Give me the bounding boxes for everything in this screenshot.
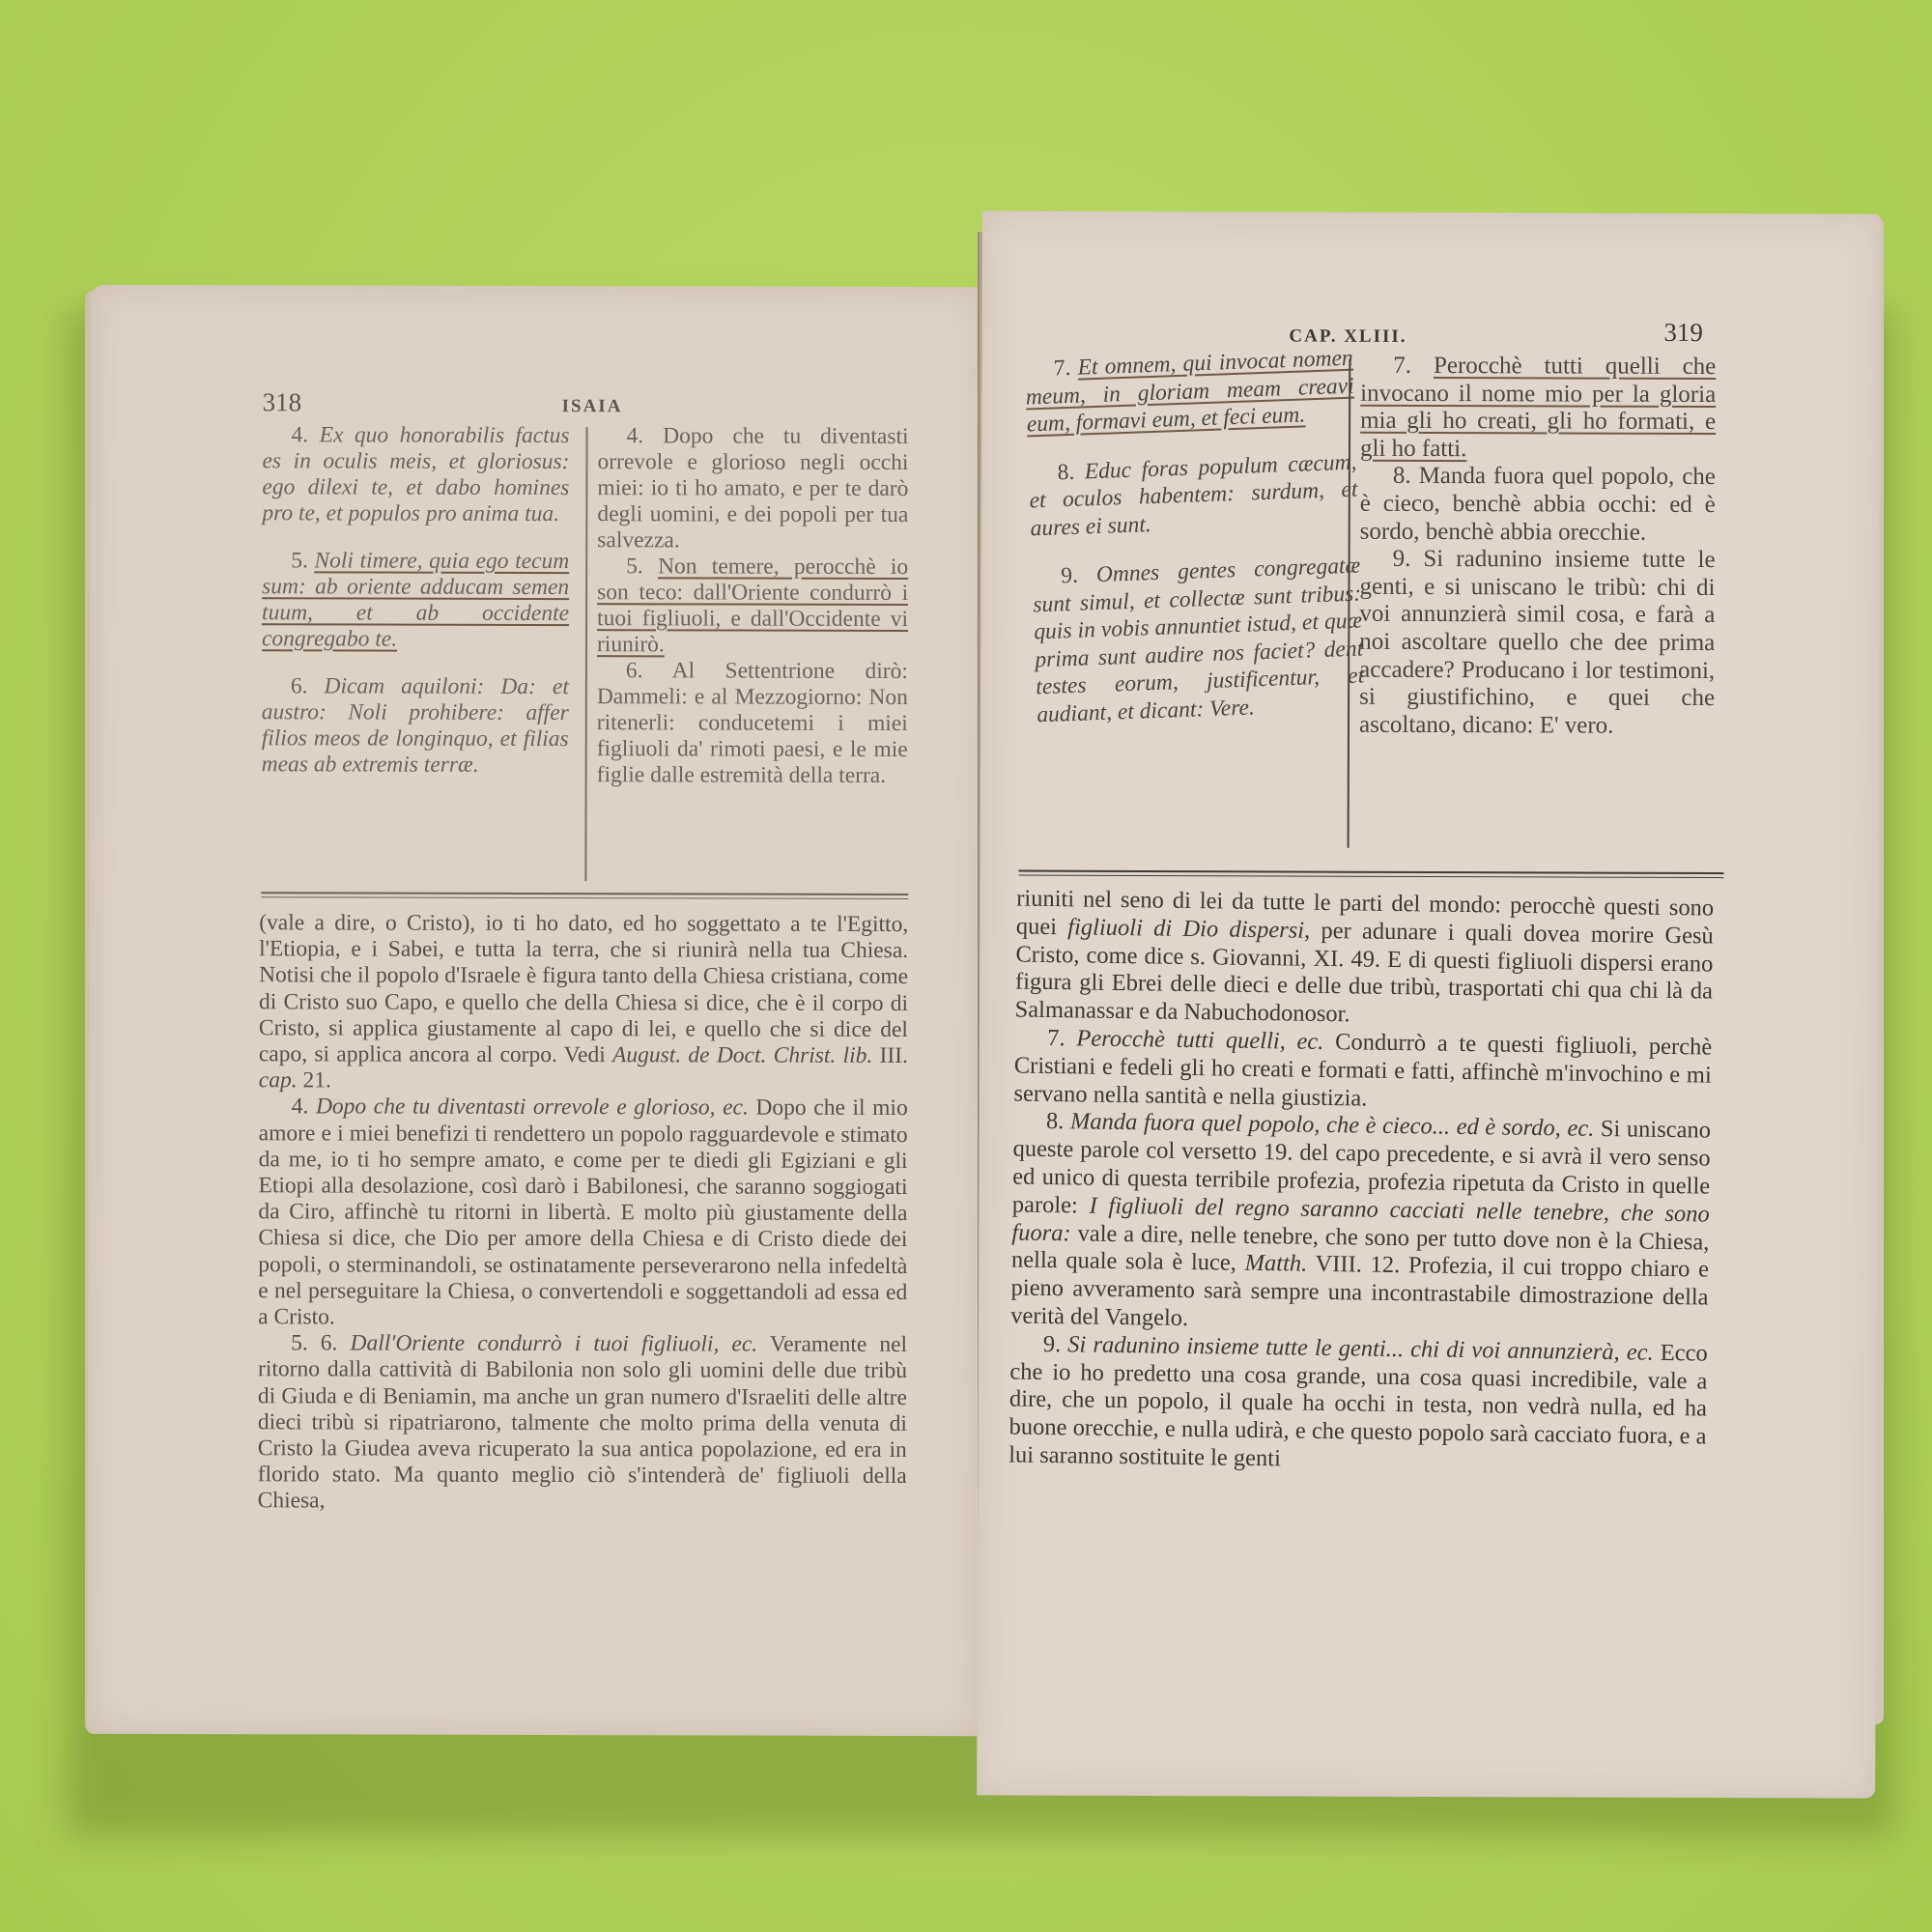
italian-verse: 7. Perocchè tutti quelli che invocano il… <box>1360 353 1716 465</box>
page-number: 318 <box>263 387 302 417</box>
commentary-paragraph: 9. Si radunino insieme tutte le genti...… <box>1009 1330 1708 1479</box>
right-page: CAP. XLIII. 319 7. Et omnem, qui invocat… <box>977 211 1881 1798</box>
latin-verse: 6. Dicam aquiloni: Da: et austro: Noli p… <box>262 673 569 779</box>
italian-verse: 9. Si radunino insieme tutte le genti, e… <box>1359 546 1716 740</box>
latin-column: 7. Et omnem, qui invocat nomen meum, in … <box>1024 345 1365 729</box>
commentary-paragraph: 7. Perocchè tutti quelli, ec. Condurrò a… <box>1013 1024 1712 1117</box>
latin-verse: 7. Et omnem, qui invocat nomen meum, in … <box>1024 345 1355 439</box>
latin-column: 4. Ex quo honorabilis factus es in oculi… <box>262 422 570 779</box>
commentary: (vale a dire, o Cristo), io ti ho dato, … <box>258 910 909 1516</box>
latin-verse: 4. Ex quo honorabilis factus es in oculi… <box>262 422 569 527</box>
latin-verse: 8. Educ foras populum cæcum, et oculos h… <box>1028 448 1359 542</box>
commentary-paragraph: 4. Dopo che tu diventasti orrevole e glo… <box>258 1094 908 1333</box>
commentary-paragraph: 5. 6. Dall'Oriente condurrò i tuoi figli… <box>258 1330 907 1516</box>
italian-verse: 5. Non temere, perocchè io son teco: dal… <box>597 554 908 659</box>
italian-column: 7. Perocchè tutti quelli che invocano il… <box>1359 353 1716 741</box>
latin-verse: 9. Omnes gentes congregatæ sunt simul, e… <box>1032 553 1366 729</box>
italian-verse: 4. Dopo che tu diventasti orrevole e glo… <box>597 423 908 554</box>
commentary-paragraph: riuniti nel seno di lei da tutte le part… <box>1014 886 1714 1035</box>
double-rule <box>1018 870 1723 879</box>
column-divider <box>584 427 587 881</box>
commentary: riuniti nel seno di lei da tutte le part… <box>1009 886 1714 1480</box>
latin-verse: 5. Noli timere, quia ego tecum sum: ab o… <box>262 548 569 653</box>
running-head: ISAIA <box>562 396 623 417</box>
italian-verse: 6. Al Settentrione dirò: Dammeli: e al M… <box>597 658 908 789</box>
italian-verse: 8. Manda fuora quel popolo, che è cieco,… <box>1360 463 1716 547</box>
left-page: 318 ISAIA 4. Ex quo honorabilis factus e… <box>87 285 984 1736</box>
page-number: 319 <box>1663 318 1703 348</box>
double-rule <box>261 892 908 899</box>
commentary-paragraph: 8. Manda fuora quel popolo, che è cieco.… <box>1010 1108 1711 1340</box>
italian-column: 4. Dopo che tu diventasti orrevole e glo… <box>597 423 909 789</box>
commentary-paragraph: (vale a dire, o Cristo), io ti ho dato, … <box>259 910 908 1095</box>
